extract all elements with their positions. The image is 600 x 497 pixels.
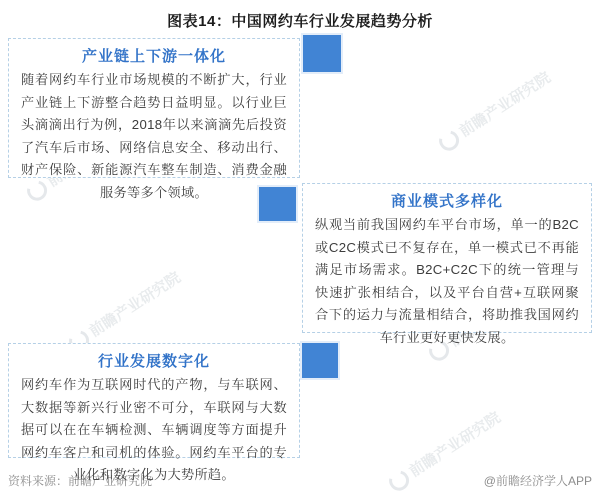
trend-box-business-model: 商业模式多样化 纵观当前我国网约车平台市场，单一的B2C或C2C模式已不复存在，… (302, 183, 592, 333)
trend-box-digitalization: 行业发展数字化 网约车作为互联网时代的产物，与车联网、大数据等新兴行业密不可分，… (8, 343, 300, 458)
page-title: 图表14：中国网约车行业发展趋势分析 (0, 10, 600, 31)
box-body: 网约车作为互联网时代的产物，与车联网、大数据等新兴行业密不可分，车联网与大数据可… (21, 374, 287, 487)
watermark-text: 前瞻产业研究院 (455, 67, 555, 142)
box-header: 产业链上下游一体化 (21, 45, 287, 66)
qianzhan-logo-icon (435, 126, 463, 154)
blue-square-marker (259, 187, 296, 221)
watermark-text: 前瞻产业研究院 (85, 267, 185, 342)
blue-square-marker (303, 35, 341, 72)
figure-canvas: 图表14：中国网约车行业发展趋势分析 前瞻产业研究院 前瞻产业研究院 前瞻产业研… (0, 0, 600, 497)
box-body: 随着网约车行业市场规模的不断扩大，行业产业链上下游整合趋势日益明显。以行业巨头滴… (21, 69, 287, 204)
watermark-text: 前瞻产业研究院 (405, 407, 505, 482)
trend-box-chain-integration: 产业链上下游一体化 随着网约车行业市场规模的不断扩大，行业产业链上下游整合趋势日… (8, 38, 300, 178)
box-body: 纵观当前我国网约车平台市场，单一的B2C或C2C模式已不复存在，单一模式已不再能… (315, 214, 579, 349)
watermark: 前瞻产业研究院 (65, 267, 185, 355)
watermark: 前瞻产业研究院 (435, 67, 555, 155)
brand-text: @前瞻经济学人APP (484, 472, 592, 489)
blue-square-marker (302, 343, 338, 378)
box-header: 商业模式多样化 (315, 190, 579, 211)
box-header: 行业发展数字化 (21, 350, 287, 371)
